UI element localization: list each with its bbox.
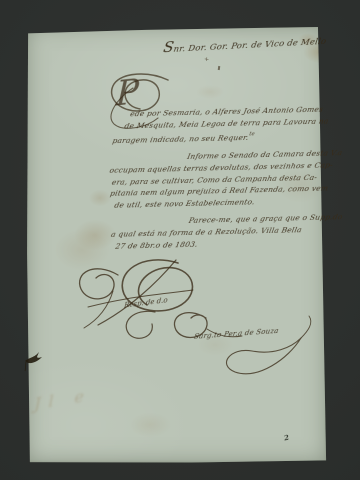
signature-rubric-flourish xyxy=(60,255,326,395)
superscript-abbreviation: te xyxy=(249,131,256,137)
document-photo: Snr. Dor. Gor. Por. de Vico de Mello + P… xyxy=(0,0,360,480)
ink-blot-mark xyxy=(23,348,45,372)
marginal-cross-mark: + xyxy=(204,56,210,64)
letter-body: ede por Sesmaria, o Alferes José Antonio… xyxy=(110,104,325,253)
